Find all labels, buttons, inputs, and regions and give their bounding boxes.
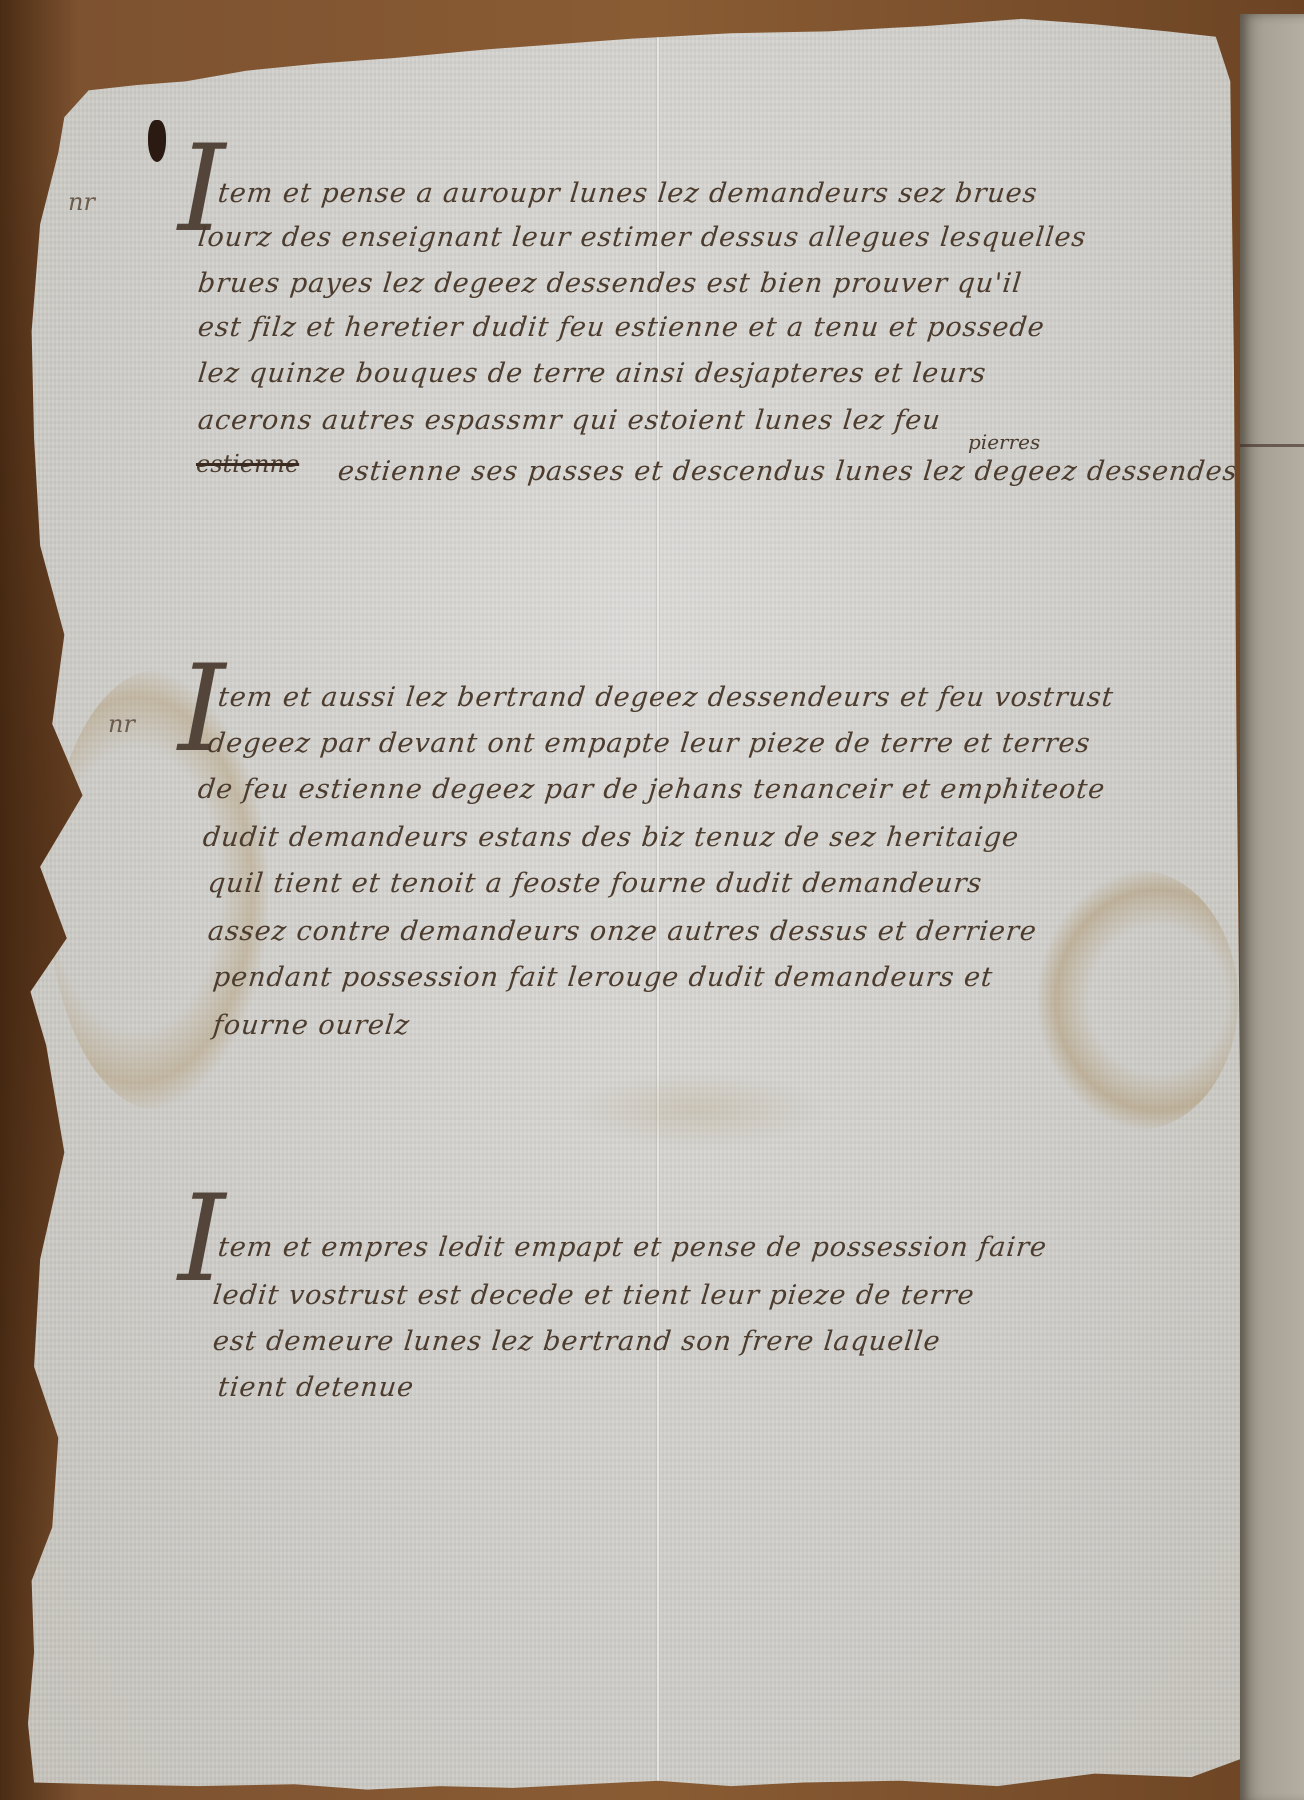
text-line: tem et pense a auroupr lunes lez demande… — [216, 178, 1039, 209]
text-line: lourz des enseignant leur estimer dessus… — [196, 222, 1088, 253]
manuscript-page: nr I tem et pense a auroupr lunes lez de… — [28, 10, 1240, 1795]
text-line: brues payes lez degeez dessendes est bie… — [196, 268, 1023, 299]
photo-scene: nr I tem et pense a auroupr lunes lez de… — [0, 0, 1304, 1800]
text-line: acerons autres espassmr qui estoient lun… — [196, 405, 942, 436]
text-line: tem et aussi lez bertrand degeez dessend… — [216, 682, 1115, 713]
text-line: dudit demandeurs estans des biz tenuz de… — [201, 822, 1020, 853]
manuscript-text: nr I tem et pense a auroupr lunes lez de… — [28, 10, 1240, 1795]
underlying-page — [1240, 14, 1304, 1800]
text-line: ledit vostrust est decede et tient leur … — [211, 1280, 976, 1311]
text-line: est demeure lunes lez bertrand son frere… — [211, 1326, 942, 1357]
struck-marginal-word: estienne — [196, 450, 299, 478]
text-line: lez quinze bouques de terre ainsi desjap… — [196, 358, 988, 389]
text-line: degeez par devant ont empapte leur pieze… — [206, 728, 1092, 759]
underlying-page-tear — [1240, 444, 1304, 447]
interlinear-insert: pierres — [968, 430, 1040, 454]
text-line: assez contre demandeurs onze autres dess… — [206, 916, 1038, 947]
text-line: quil tient et tenoit a feoste fourne dud… — [206, 868, 983, 899]
text-line: est filz et heretier dudit feu estienne … — [196, 312, 1046, 343]
text-line: tient detenue — [216, 1372, 415, 1403]
margin-note: nr — [68, 188, 95, 216]
text-line: pendant possession fait lerouge dudit de… — [211, 962, 994, 993]
text-line: estienne ses passes et descendus lunes l… — [336, 456, 1239, 487]
text-line: de feu estienne degeez par de jehans ten… — [196, 774, 1107, 805]
margin-note: nr — [108, 710, 135, 738]
text-line: tem et empres ledit empapt et pense de p… — [216, 1232, 1048, 1263]
text-line: fourne ourelz — [211, 1010, 411, 1041]
